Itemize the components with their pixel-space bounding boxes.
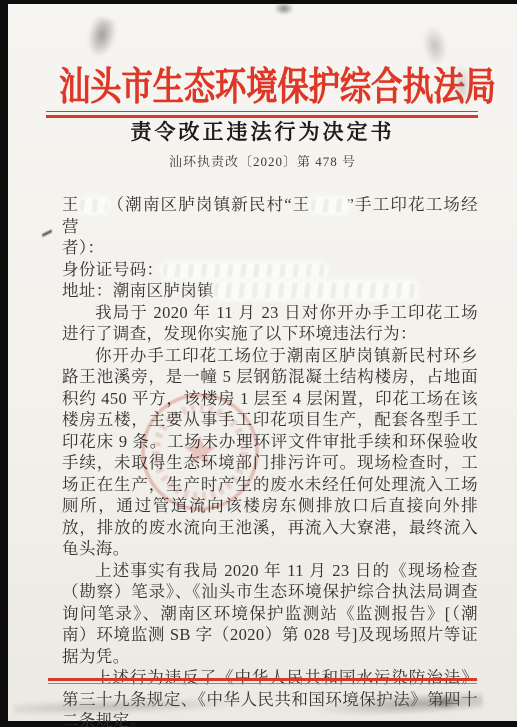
address-row: 地址：潮南区胪岗镇 [62, 280, 478, 302]
body-paragraph: 上述事实有我局 2020 年 11 月 23 日的《现场检查（勘察）笔录》、《汕… [62, 560, 478, 668]
paper-sheet: 汕头市生态环境保护综合执法局 责令改正违法行为决定书 汕环执责改〔2020〕第 … [8, 4, 517, 721]
body-paragraph: 你开办手工印花工场位于潮南区胪岗镇新民村环乡路王池溪旁，是一幢 5 层钢筋混凝土… [62, 345, 478, 560]
recipient-line-mid: （潮南区胪岗镇新民村“王 [107, 195, 311, 214]
document-number: 汕环执责改〔2020〕第 478 号 [8, 151, 517, 170]
redacted-name [311, 199, 347, 212]
address-label: 地址：潮南区胪岗镇 [62, 281, 214, 300]
redacted-id-number [163, 264, 325, 277]
id-number-label: 身份证号码： [62, 260, 163, 279]
letterhead-agency-name: 汕头市生态环境保护综合执法局 [59, 56, 466, 112]
recipient-line-wrap: 者）： [62, 237, 478, 259]
body-paragraph: 我局于 2020 年 11 月 23 日对你开办手工印花工场进行了调查，发现你实… [62, 302, 478, 345]
body-paragraph: 上述行为违反了《中华人民共和国水污染防治法》第三十九条规定、《中华人民共和国环境… [62, 667, 478, 727]
id-number-row: 身份证号码： [62, 259, 478, 281]
document-title: 责令改正违法行为决定书 [8, 116, 517, 146]
pen-mark-artifact [41, 224, 53, 243]
scan-smudge [274, 2, 294, 15]
recipient-line: 王（潮南区胪岗镇新民村“王”手工印花工场经营 [62, 194, 478, 237]
footer-double-rule [48, 678, 477, 684]
scanned-document: { "letterhead": { "agency_name": "汕头市生态环… [0, 0, 517, 727]
document-body: 王（潮南区胪岗镇新民村“王”手工印花工场经营 者）： 身份证号码： 地址：潮南区… [62, 194, 478, 727]
recipient-name-prefix: 王 [62, 195, 80, 214]
redacted-name [80, 199, 107, 212]
redacted-address [214, 283, 416, 298]
body-paragraphs: 我局于 2020 年 11 月 23 日对你开办手工印花工场进行了调查，发现你实… [62, 302, 478, 727]
